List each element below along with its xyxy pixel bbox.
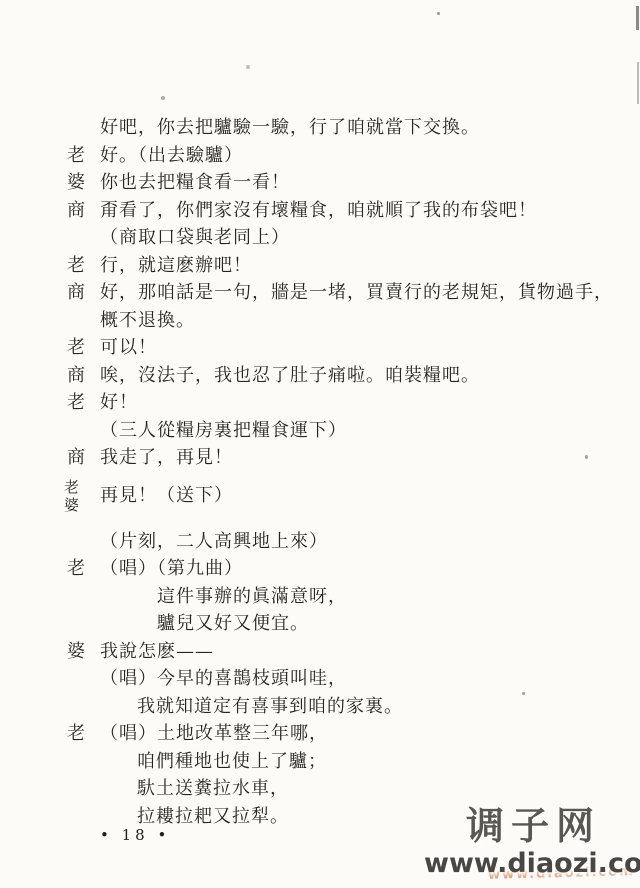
scan-speck xyxy=(246,65,250,69)
watermark-site-url: www.diaozi.com xyxy=(424,849,640,879)
script-line: 咱們種地也使上了驢； xyxy=(0,748,640,776)
script-line: 馱土送糞拉水車， xyxy=(0,775,640,803)
verse-line: 驢兒又好又便宜。 xyxy=(157,613,309,634)
scan-speck xyxy=(522,692,525,695)
script-body: 好吧，你去把驢驗一驗，行了咱就當下交換。 老 好。（出去驗驢） 婆 你也去把糧食… xyxy=(0,114,640,830)
speaker-label: 婆 xyxy=(67,638,85,666)
scan-edge-artifact xyxy=(636,6,639,30)
speaker-label: 婆 xyxy=(67,169,85,197)
speaker-label: 商 xyxy=(67,362,85,390)
script-line: 商 我走了，再見！ xyxy=(0,444,640,472)
verse-line: 拉耬拉耙又拉犁。 xyxy=(137,806,289,827)
dialogue-text: 行，就這麽辦吧！ xyxy=(100,255,252,276)
dialogue-text: （唱）土地改革整三年哪， xyxy=(100,723,328,744)
verse-line: 馱土送糞拉水車， xyxy=(137,778,289,799)
dialogue-text: 甭看了，你們家沒有壞糧食，咱就順了我的布袋吧！ xyxy=(100,200,537,221)
speaker-label: 商 xyxy=(67,197,85,225)
verse-line: （唱）今早的喜鵲枝頭叫哇， xyxy=(100,668,347,689)
scan-speck xyxy=(437,12,440,15)
script-line: 商 甭看了，你們家沒有壞糧食，咱就順了我的布袋吧！ xyxy=(0,197,640,225)
script-line: （三人從糧房裏把糧食運下） xyxy=(0,417,640,445)
script-line: 老 可以！ xyxy=(0,334,640,362)
dialogue-text: 我說怎麽—— xyxy=(100,641,214,662)
script-line: （片刻，二人高興地上來） xyxy=(0,528,640,556)
script-line: 商 唉，沒法子，我也忍了肚子痛啦。咱裝糧吧。 xyxy=(0,362,640,390)
speaker-label: 老 xyxy=(67,252,85,280)
script-line: 概不退換。 xyxy=(0,307,640,335)
script-line: （商取口袋與老同上） xyxy=(0,224,640,252)
script-line: 商 好，那咱話是一句，牆是一堵，買賣行的老規矩，貨物過手， xyxy=(0,279,640,307)
scan-edge-artifact xyxy=(637,62,639,104)
script-line: 老 行，就這麽辦吧！ xyxy=(0,252,640,280)
script-line: 老 好。（出去驗驢） xyxy=(0,142,640,170)
dialogue-text: 好吧，你去把驢驗一驗，行了咱就當下交換。 xyxy=(100,117,480,138)
script-line: 老 好！ xyxy=(0,389,640,417)
dialogue-text: （唱）（第九曲） xyxy=(100,558,243,579)
script-line: 好吧，你去把驢驗一驗，行了咱就當下交換。 xyxy=(0,114,640,142)
scan-speck xyxy=(585,455,588,459)
speaker-label: 老 xyxy=(67,720,85,748)
dialogue-text: 我走了，再見！ xyxy=(100,447,233,468)
script-line: 驢兒又好又便宜。 xyxy=(0,610,640,638)
script-line: 老婆 再見！（送下） xyxy=(0,476,640,516)
page-number: • 18 • xyxy=(100,826,170,844)
stage-direction: （三人從糧房裏把糧食運下） xyxy=(100,420,347,441)
script-line: 老 （唱）（第九曲） xyxy=(0,555,640,583)
speaker-label: 老 xyxy=(67,389,85,417)
script-line: （唱）今早的喜鵲枝頭叫哇， xyxy=(0,665,640,693)
script-line: 這件事辦的眞滿意呀， xyxy=(0,583,640,611)
dialogue-text: 好。（出去驗驢） xyxy=(100,145,243,166)
script-line: 婆 我說怎麽—— xyxy=(0,638,640,666)
speaker-label: 商 xyxy=(67,444,85,472)
script-line: 我就知道定有喜事到咱的家裏。 xyxy=(0,693,640,721)
verse-line: 我就知道定有喜事到咱的家裏。 xyxy=(137,696,403,717)
speaker-label: 老 xyxy=(67,555,85,583)
speaker-label: 老 xyxy=(67,334,85,362)
script-line: 婆 你也去把糧食看一看！ xyxy=(0,169,640,197)
verse-line: 這件事辦的眞滿意呀， xyxy=(157,586,347,607)
dialogue-text: 唉，沒法子，我也忍了肚子痛啦。咱裝糧吧。 xyxy=(100,365,480,386)
stage-direction: （片刻，二人高興地上來） xyxy=(100,531,328,552)
dialogue-text: 再見！（送下） xyxy=(100,482,233,510)
speaker-label-stacked: 老婆 xyxy=(64,478,86,514)
script-line: 老 （唱）土地改革整三年哪， xyxy=(0,720,640,748)
dialogue-text: 好！ xyxy=(100,392,138,413)
speaker-label: 商 xyxy=(67,279,85,307)
verse-line: 咱們種地也使上了驢； xyxy=(137,751,327,772)
watermark-site-name: 调子网 xyxy=(466,804,601,848)
stage-direction: （商取口袋與老同上） xyxy=(100,227,290,248)
dialogue-text: 你也去把糧食看一看！ xyxy=(100,172,290,193)
dialogue-text: 可以！ xyxy=(100,337,157,358)
scan-speck xyxy=(161,96,165,100)
scanned-script-page: 好吧，你去把驢驗一驗，行了咱就當下交換。 老 好。（出去驗驢） 婆 你也去把糧食… xyxy=(0,0,640,888)
speaker-label: 老 xyxy=(67,142,85,170)
dialogue-text: 好，那咱話是一句，牆是一堵，買賣行的老規矩，貨物過手， xyxy=(100,282,613,303)
dialogue-text: 概不退換。 xyxy=(100,310,195,331)
